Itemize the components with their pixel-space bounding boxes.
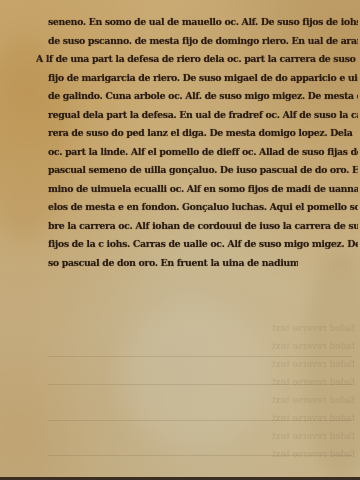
text-line: fijos de la c iohs. Carras de ualle oc. … [48,236,358,255]
show-through-text: faded reverse text faded reverse text fa… [55,320,355,464]
text-line: rera de suso do ped lanz el diga. De mes… [48,125,358,144]
text-line: so pascual de don oro. En fruent la uina… [48,255,298,274]
ghost-line: faded reverse text [55,356,355,374]
ghost-line: faded reverse text [55,374,355,392]
text-line: seneno. En somo de ual de mauello oc. Al… [48,14,358,33]
text-line: bre la carrera oc. Alf iohan de cordouui… [48,218,358,237]
text-line: de suso pscanno. de mesta fijo de doming… [48,33,358,52]
ghost-line: faded reverse text [55,446,355,464]
ghost-line: faded reverse text [55,320,355,338]
text-line: pascual semeno de uilla gonçaluo. De ius… [48,162,358,181]
text-line: A lf de una part la defesa de riero dela… [36,51,358,70]
text-line: regual dela part la defesa. En ual de fr… [48,107,358,126]
text-line: de galindo. Cuna arbole oc. Alf. de suso… [48,88,358,107]
text-line: oc. part la linde. Alf el pomello de die… [48,144,358,163]
ghost-line: faded reverse text [55,338,355,356]
ghost-line: faded reverse text [55,428,355,446]
text-line: mino de uimuela ecualli oc. Alf en somo … [48,181,358,200]
manuscript-page: seneno. En somo de ual de mauello oc. Al… [0,0,360,480]
manuscript-text: seneno. En somo de ual de mauello oc. Al… [48,14,358,273]
ghost-line: faded reverse text [55,392,355,410]
text-line: fijo de marigarcia de riero. De suso mig… [48,70,358,89]
text-line: elos de mesta e en fondon. Gonçaluo luch… [48,199,358,218]
ghost-line: faded reverse text [55,410,355,428]
